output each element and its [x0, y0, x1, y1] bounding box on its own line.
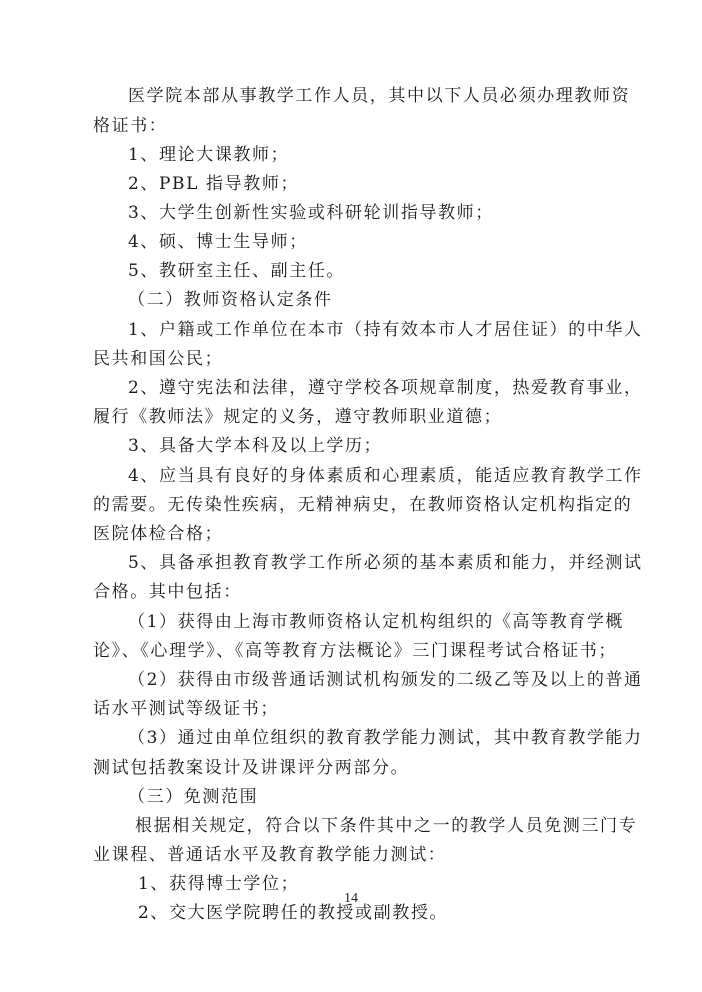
- text-line: 4、应当具有良好的身体素质和心理素质，能适应教育教学工作: [128, 466, 643, 486]
- text-line: （2）获得由市级普通话测试机构颁发的二级乙等及以上的普通: [128, 670, 643, 690]
- text-line: （三）免测范围: [128, 787, 258, 807]
- text-line: 业课程、普通话水平及教育教学能力测试：: [93, 845, 446, 865]
- text-line: 1、户籍或工作单位在本市（持有效本市人才居住证）的中华人: [128, 320, 643, 340]
- text-line: 5、具备承担教育教学工作所必须的基本素质和能力，并经测试: [128, 553, 643, 573]
- text-line: 3、具备大学本科及以上学历；: [128, 436, 382, 456]
- text-line: 论》、《心理学》、《高等教育方法概论》三门课程考试合格证书；: [93, 641, 617, 661]
- text-line: 履行《教师法》规定的义务，遵守教师职业道德；: [93, 407, 502, 427]
- text-line: 根据相关规定，符合以下条件其中之一的教学人员免测三门专: [135, 816, 637, 836]
- text-line: 2、遵守宪法和法律，遵守学校各项规章制度，热爱教育事业，: [128, 378, 643, 398]
- text-line: 话水平测试等级证书；: [93, 699, 279, 719]
- text-line: 5、教研室主任、副主任。: [128, 261, 345, 281]
- text-line: 格证书：: [93, 116, 167, 136]
- text-line: 测试包括教案设计及讲课评分两部分。: [93, 758, 409, 778]
- text-line: 民共和国公民；: [93, 349, 223, 369]
- text-line: （3）通过由单位组织的教育教学能力测试，其中教育教学能力: [128, 728, 643, 748]
- text-line: 的需要。无传染性疾病，无精神病史，在教师资格认定机构指定的: [93, 495, 632, 515]
- text-line: 2、PBL 指导教师；: [128, 174, 299, 194]
- text-line: 医院体检合格；: [93, 524, 223, 544]
- text-line: 4、硕、博士生导师；: [128, 232, 308, 252]
- text-line: 1、理论大课教师；: [128, 145, 289, 165]
- text-line: 3、大学生创新性实验或科研轮训指导教师；: [128, 203, 494, 223]
- text-line: 合格。其中包括：: [93, 582, 242, 602]
- text-line: （二）教师资格认定条件: [128, 290, 333, 310]
- text-line: 医学院本部从事教学工作人员，其中以下人员必须办理教师资: [128, 86, 630, 106]
- text-line: （1）获得由上海市教师资格认定机构组织的《高等教育学概: [128, 612, 624, 632]
- page-number: 14: [0, 891, 702, 907]
- document-page: 医学院本部从事教学工作人员，其中以下人员必须办理教师资格证书：1、理论大课教师；…: [0, 0, 702, 992]
